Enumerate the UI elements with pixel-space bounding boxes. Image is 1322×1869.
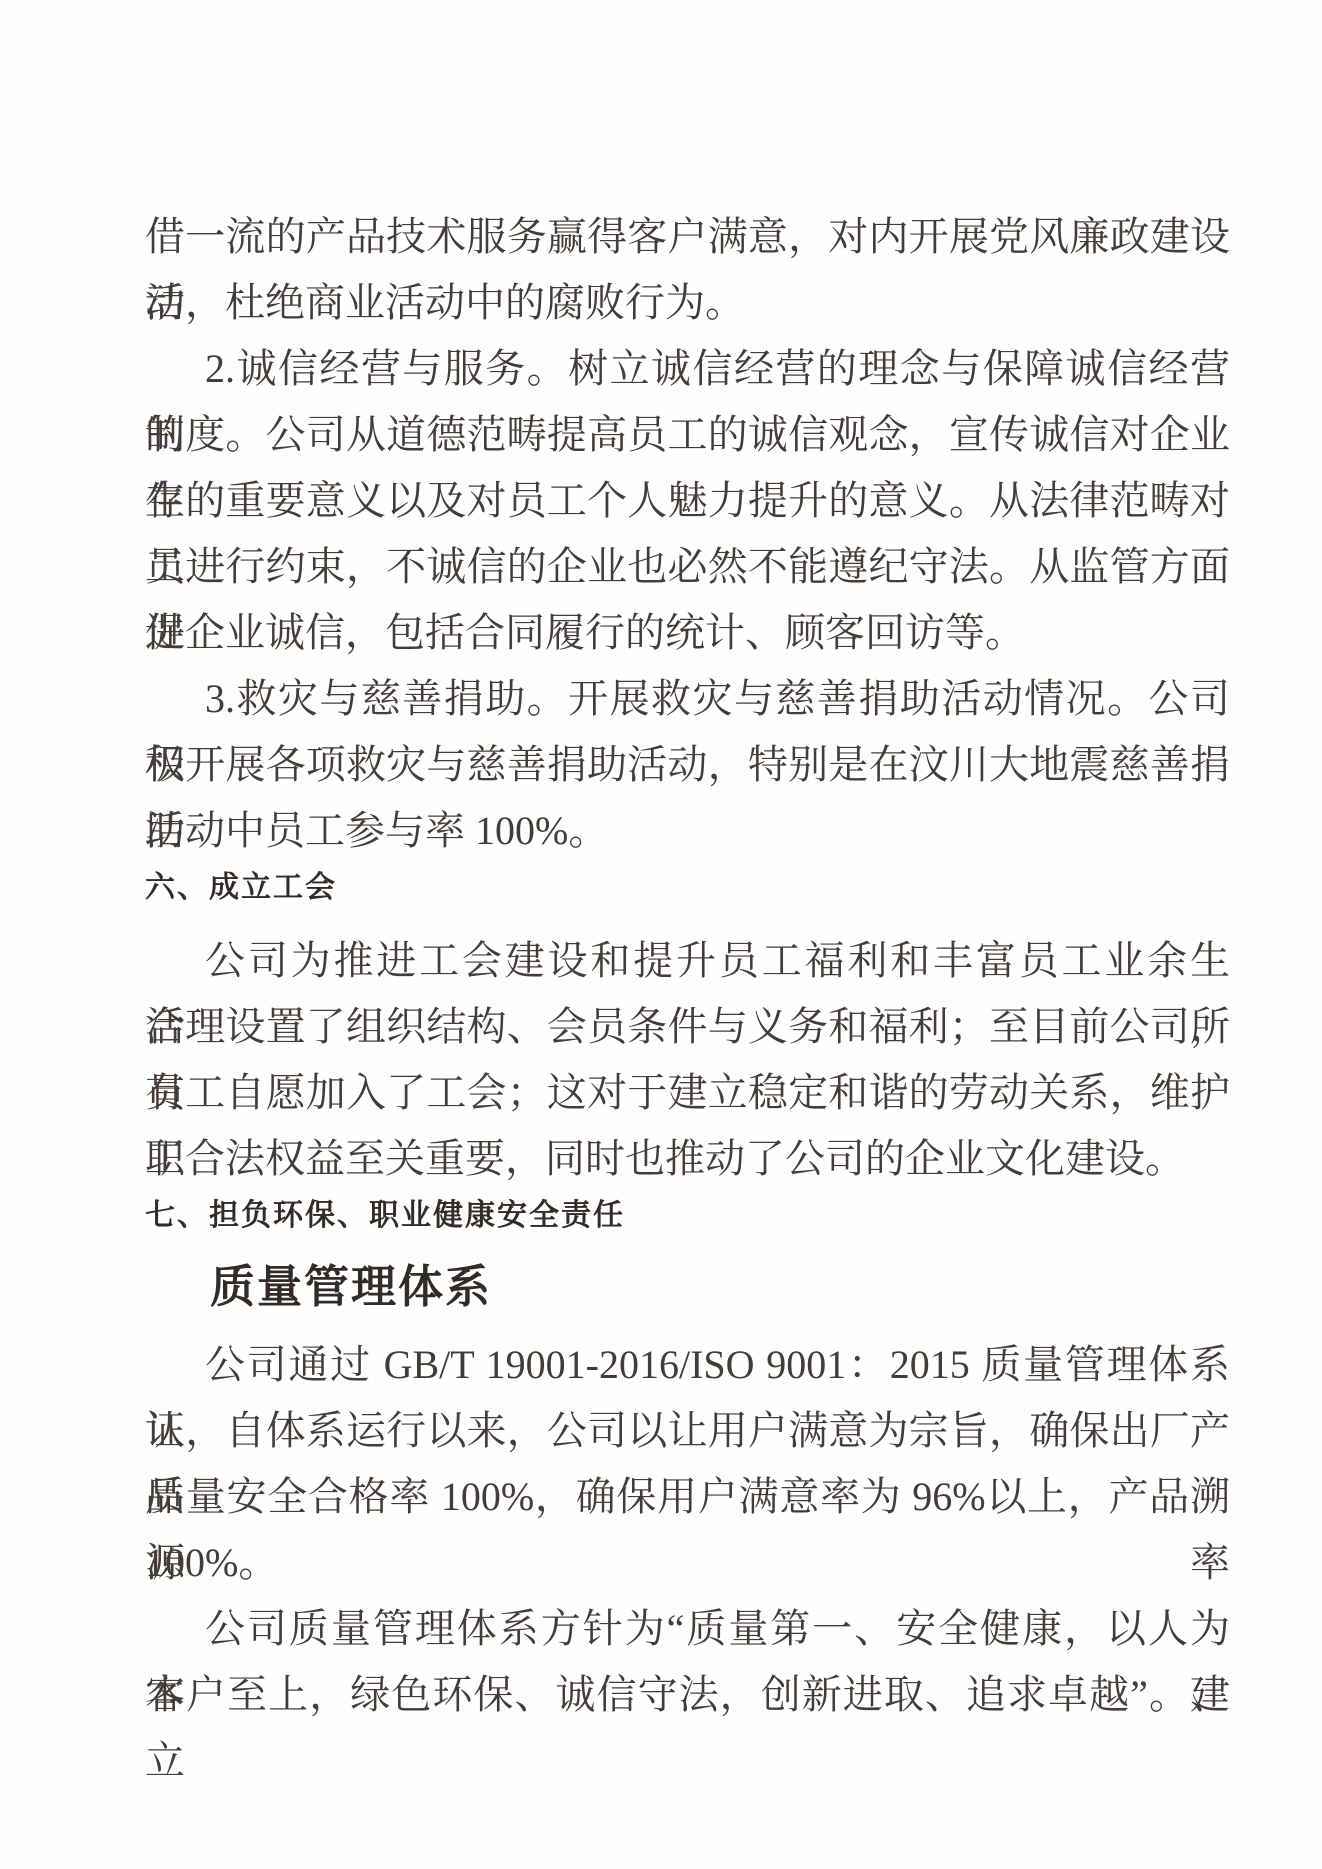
text-line: 制度。公司从道德范畴提高员工的诚信观念，宣传诚信对企业生 bbox=[145, 402, 1230, 468]
text-line: 质量安全合格率 100%，确保用户满意率为 96%以上，产品溯源率 bbox=[145, 1464, 1230, 1530]
heading-environment-health-safety: 七、担负环保、职业健康安全责任 bbox=[145, 1195, 1230, 1237]
paragraph-quality-certification: 公司通过 GB/T 19001-2016/ISO 9001：2015 质量管理体… bbox=[145, 1332, 1230, 1596]
scanned-document-page: 借一流的产品技术服务赢得客户满意，对内开展党风廉政建设活动，杜绝商业活动中的腐败… bbox=[0, 0, 1322, 1869]
text-line: 公司通过 GB/T 19001-2016/ISO 9001：2015 质量管理体… bbox=[145, 1332, 1230, 1398]
text-line: 进企业诚信，包括合同履行的统计、顾客回访等。 bbox=[145, 600, 1230, 666]
text-line: 动，杜绝商业活动中的腐败行为。 bbox=[145, 270, 1230, 336]
paragraph-party-conduct: 借一流的产品技术服务赢得客户满意，对内开展党风廉政建设活动，杜绝商业活动中的腐败… bbox=[145, 204, 1230, 336]
paragraph-disaster-charity: 3.救灾与慈善捐助。开展救灾与慈善捐助活动情况。公司积极开展各项救灾与慈善捐助活… bbox=[145, 666, 1230, 864]
text-line: 极开展各项救灾与慈善捐助活动，特别是在汶川大地震慈善捐助 bbox=[145, 732, 1230, 798]
text-line: 客户至上，绿色环保、诚信守法，创新进取、追求卓越”。建立 bbox=[145, 1662, 1230, 1728]
text-line: 公司质量管理体系方针为“质量第一、安全健康，以人为本、 bbox=[145, 1596, 1230, 1662]
document-text-area: 借一流的产品技术服务赢得客户满意，对内开展党风廉政建设活动，杜绝商业活动中的腐败… bbox=[0, 0, 1322, 1728]
text-line: 工合法权益至关重要，同时也推动了公司的企业文化建设。 bbox=[145, 1126, 1230, 1192]
paragraph-union: 公司为推进工会建设和提升员工福利和丰富员工业余生活，合理设置了组织结构、会员条件… bbox=[145, 928, 1230, 1192]
subtitle-quality-management-system: 质量管理体系 bbox=[145, 1256, 1230, 1318]
paragraph-quality-policy: 公司质量管理体系方针为“质量第一、安全健康，以人为本、客户至上，绿色环保、诚信守… bbox=[145, 1596, 1230, 1728]
text-line: 员工自愿加入了工会；这对于建立稳定和谐的劳动关系，维护职 bbox=[145, 1060, 1230, 1126]
text-line: 公司为推进工会建设和提升员工福利和丰富员工业余生活， bbox=[145, 928, 1230, 994]
paragraph-integrity-management: 2.诚信经营与服务。树立诚信经营的理念与保障诚信经营的制度。公司从道德范畴提高员… bbox=[145, 336, 1230, 666]
text-line: 3.救灾与慈善捐助。开展救灾与慈善捐助活动情况。公司积 bbox=[145, 666, 1230, 732]
text-line: 合理设置了组织结构、会员条件与义务和福利；至目前公司所有 bbox=[145, 994, 1230, 1060]
text-line: 借一流的产品技术服务赢得客户满意，对内开展党风廉政建设活 bbox=[145, 204, 1230, 270]
text-line: 存的重要意义以及对员工个人魅力提升的意义。从法律范畴对员 bbox=[145, 468, 1230, 534]
heading-establish-union: 六、成立工会 bbox=[145, 867, 1230, 909]
text-line: 工进行约束，不诚信的企业也必然不能遵纪守法。从监管方面促 bbox=[145, 534, 1230, 600]
text-line: 2.诚信经营与服务。树立诚信经营的理念与保障诚信经营的 bbox=[145, 336, 1230, 402]
text-line: 活动中员工参与率 100%。 bbox=[145, 798, 1230, 864]
text-line: 证，自体系运行以来，公司以让用户满意为宗旨，确保出厂产品 bbox=[145, 1398, 1230, 1464]
